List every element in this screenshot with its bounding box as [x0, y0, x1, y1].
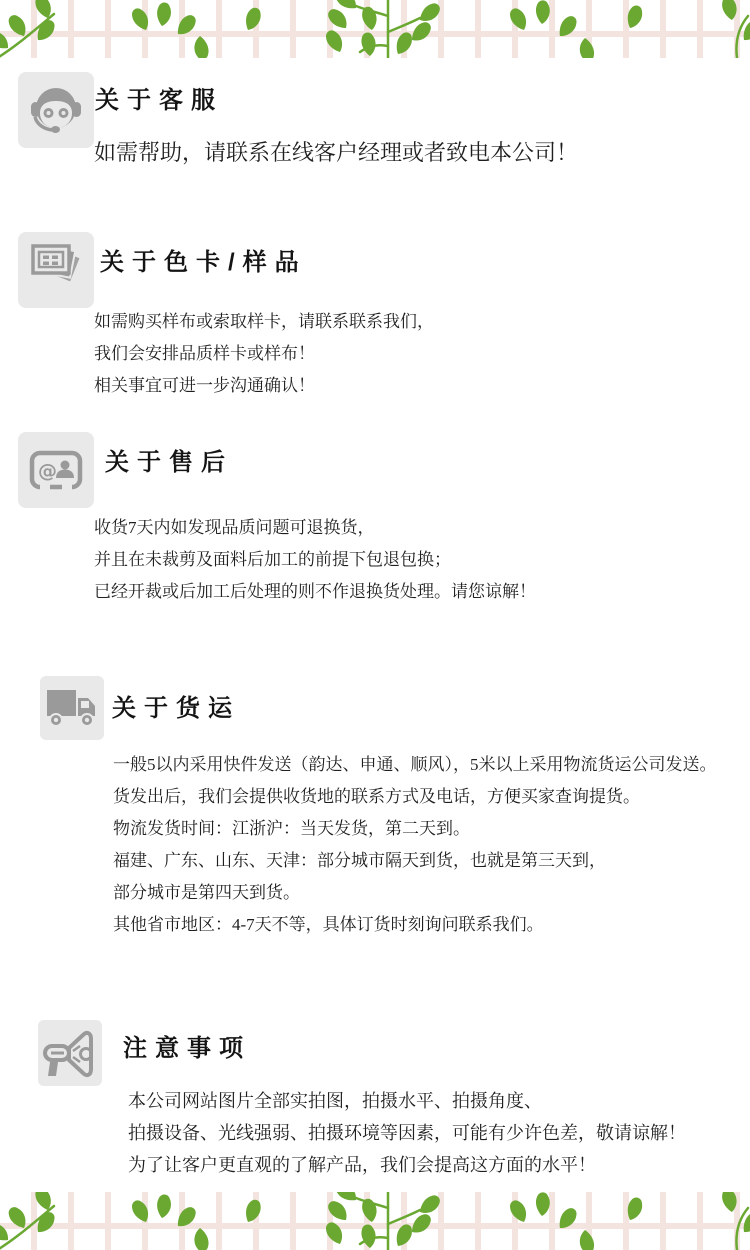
body-line: 如需帮助，请联系在线客户经理或者致电本公司！: [94, 136, 578, 170]
body-line: 已经开裁或后加工后处理的则不作退换货处理。请您谅解！: [94, 576, 536, 608]
body-line: 如需购买样布或索取样卡，请联系联系我们，: [94, 306, 434, 338]
section-body: 如需帮助，请联系在线客户经理或者致电本公司！: [94, 136, 578, 170]
section-body: 如需购买样布或索取样卡，请联系联系我们， 我们会安排品质样卡或样布！ 相关事宜可…: [94, 306, 434, 402]
body-line: 部分城市是第四天到货。: [113, 877, 717, 909]
section-title: 关于售后: [105, 448, 233, 478]
leaf-grid-border-top: [0, 0, 750, 58]
body-line: 本公司网站图片全部实拍图，拍摄水平、拍摄角度、: [128, 1085, 686, 1117]
section-title: 关于货运: [112, 694, 240, 724]
section-body: 收货7天内如发现品质问题可退换货， 并且在未裁剪及面料后加工的前提下包退包换； …: [94, 512, 536, 608]
leaf-grid-border-bottom: [0, 1192, 750, 1250]
customer-service-icon: [18, 72, 94, 148]
section-after-sales: @ 关于售后 收货7天内如发现品质问题可退换货， 并且在未裁剪及面料后加工的前提…: [18, 432, 738, 612]
product-detail-page: { "page": { "width": 750, "height": 1250…: [0, 0, 750, 1250]
body-line: 收货7天内如发现品质问题可退换货，: [94, 512, 536, 544]
color-card-sample-icon: [18, 232, 94, 308]
body-line: 货发出后，我们会提供收货地的联系方式及电话，方便买家查询提货。: [113, 781, 717, 813]
megaphone-icon: [38, 1020, 102, 1086]
leaf-pattern-icon: [0, 1192, 750, 1250]
section-body: 本公司网站图片全部实拍图，拍摄水平、拍摄角度、 拍摄设备、光线强弱、拍摄环境等因…: [128, 1085, 686, 1181]
section-title: 关于色卡/样品: [100, 248, 307, 278]
section-shipping: 关于货运 一般5以内采用快件发送（韵达、申通、顺风），5米以上采用物流货运公司发…: [40, 676, 750, 936]
section-body: 一般5以内采用快件发送（韵达、申通、顺风），5米以上采用物流货运公司发送。 货发…: [113, 749, 717, 941]
shipping-truck-icon: [40, 676, 104, 740]
body-line: 并且在未裁剪及面料后加工的前提下包退包换；: [94, 544, 536, 576]
svg-text:@: @: [38, 460, 57, 482]
body-line: 一般5以内采用快件发送（韵达、申通、顺风），5米以上采用物流货运公司发送。: [113, 749, 717, 781]
section-title: 关于客服: [95, 86, 223, 116]
body-line: 其他省市地区：4-7天不等，具体订货时刻询问联系我们。: [113, 909, 717, 941]
leaf-pattern-icon: [0, 0, 750, 58]
section-color-card: 关于色卡/样品 如需购买样布或索取样卡，请联系联系我们， 我们会安排品质样卡或样…: [18, 232, 738, 402]
body-line: 我们会安排品质样卡或样布！: [94, 338, 434, 370]
body-line: 物流发货时间：江浙沪：当天发货，第二天到。: [113, 813, 717, 845]
body-line: 为了让客户更直观的了解产品，我们会提高这方面的水平！: [128, 1149, 686, 1181]
section-notes: 注意事项 本公司网站图片全部实拍图，拍摄水平、拍摄角度、 拍摄设备、光线强弱、拍…: [38, 1020, 748, 1190]
body-line: 相关事宜可进一步沟通确认！: [94, 370, 434, 402]
body-line: 拍摄设备、光线强弱、拍摄环境等因素，可能有少许色差，敬请谅解！: [128, 1117, 686, 1149]
section-customer-service: 关于客服 如需帮助，请联系在线客户经理或者致电本公司！: [18, 72, 738, 182]
section-title: 注意事项: [123, 1034, 251, 1064]
body-line: 福建、广东、山东、天津：部分城市隔天到货，也就是第三天到，: [113, 845, 717, 877]
after-sales-contact-card-icon: @: [18, 432, 94, 508]
